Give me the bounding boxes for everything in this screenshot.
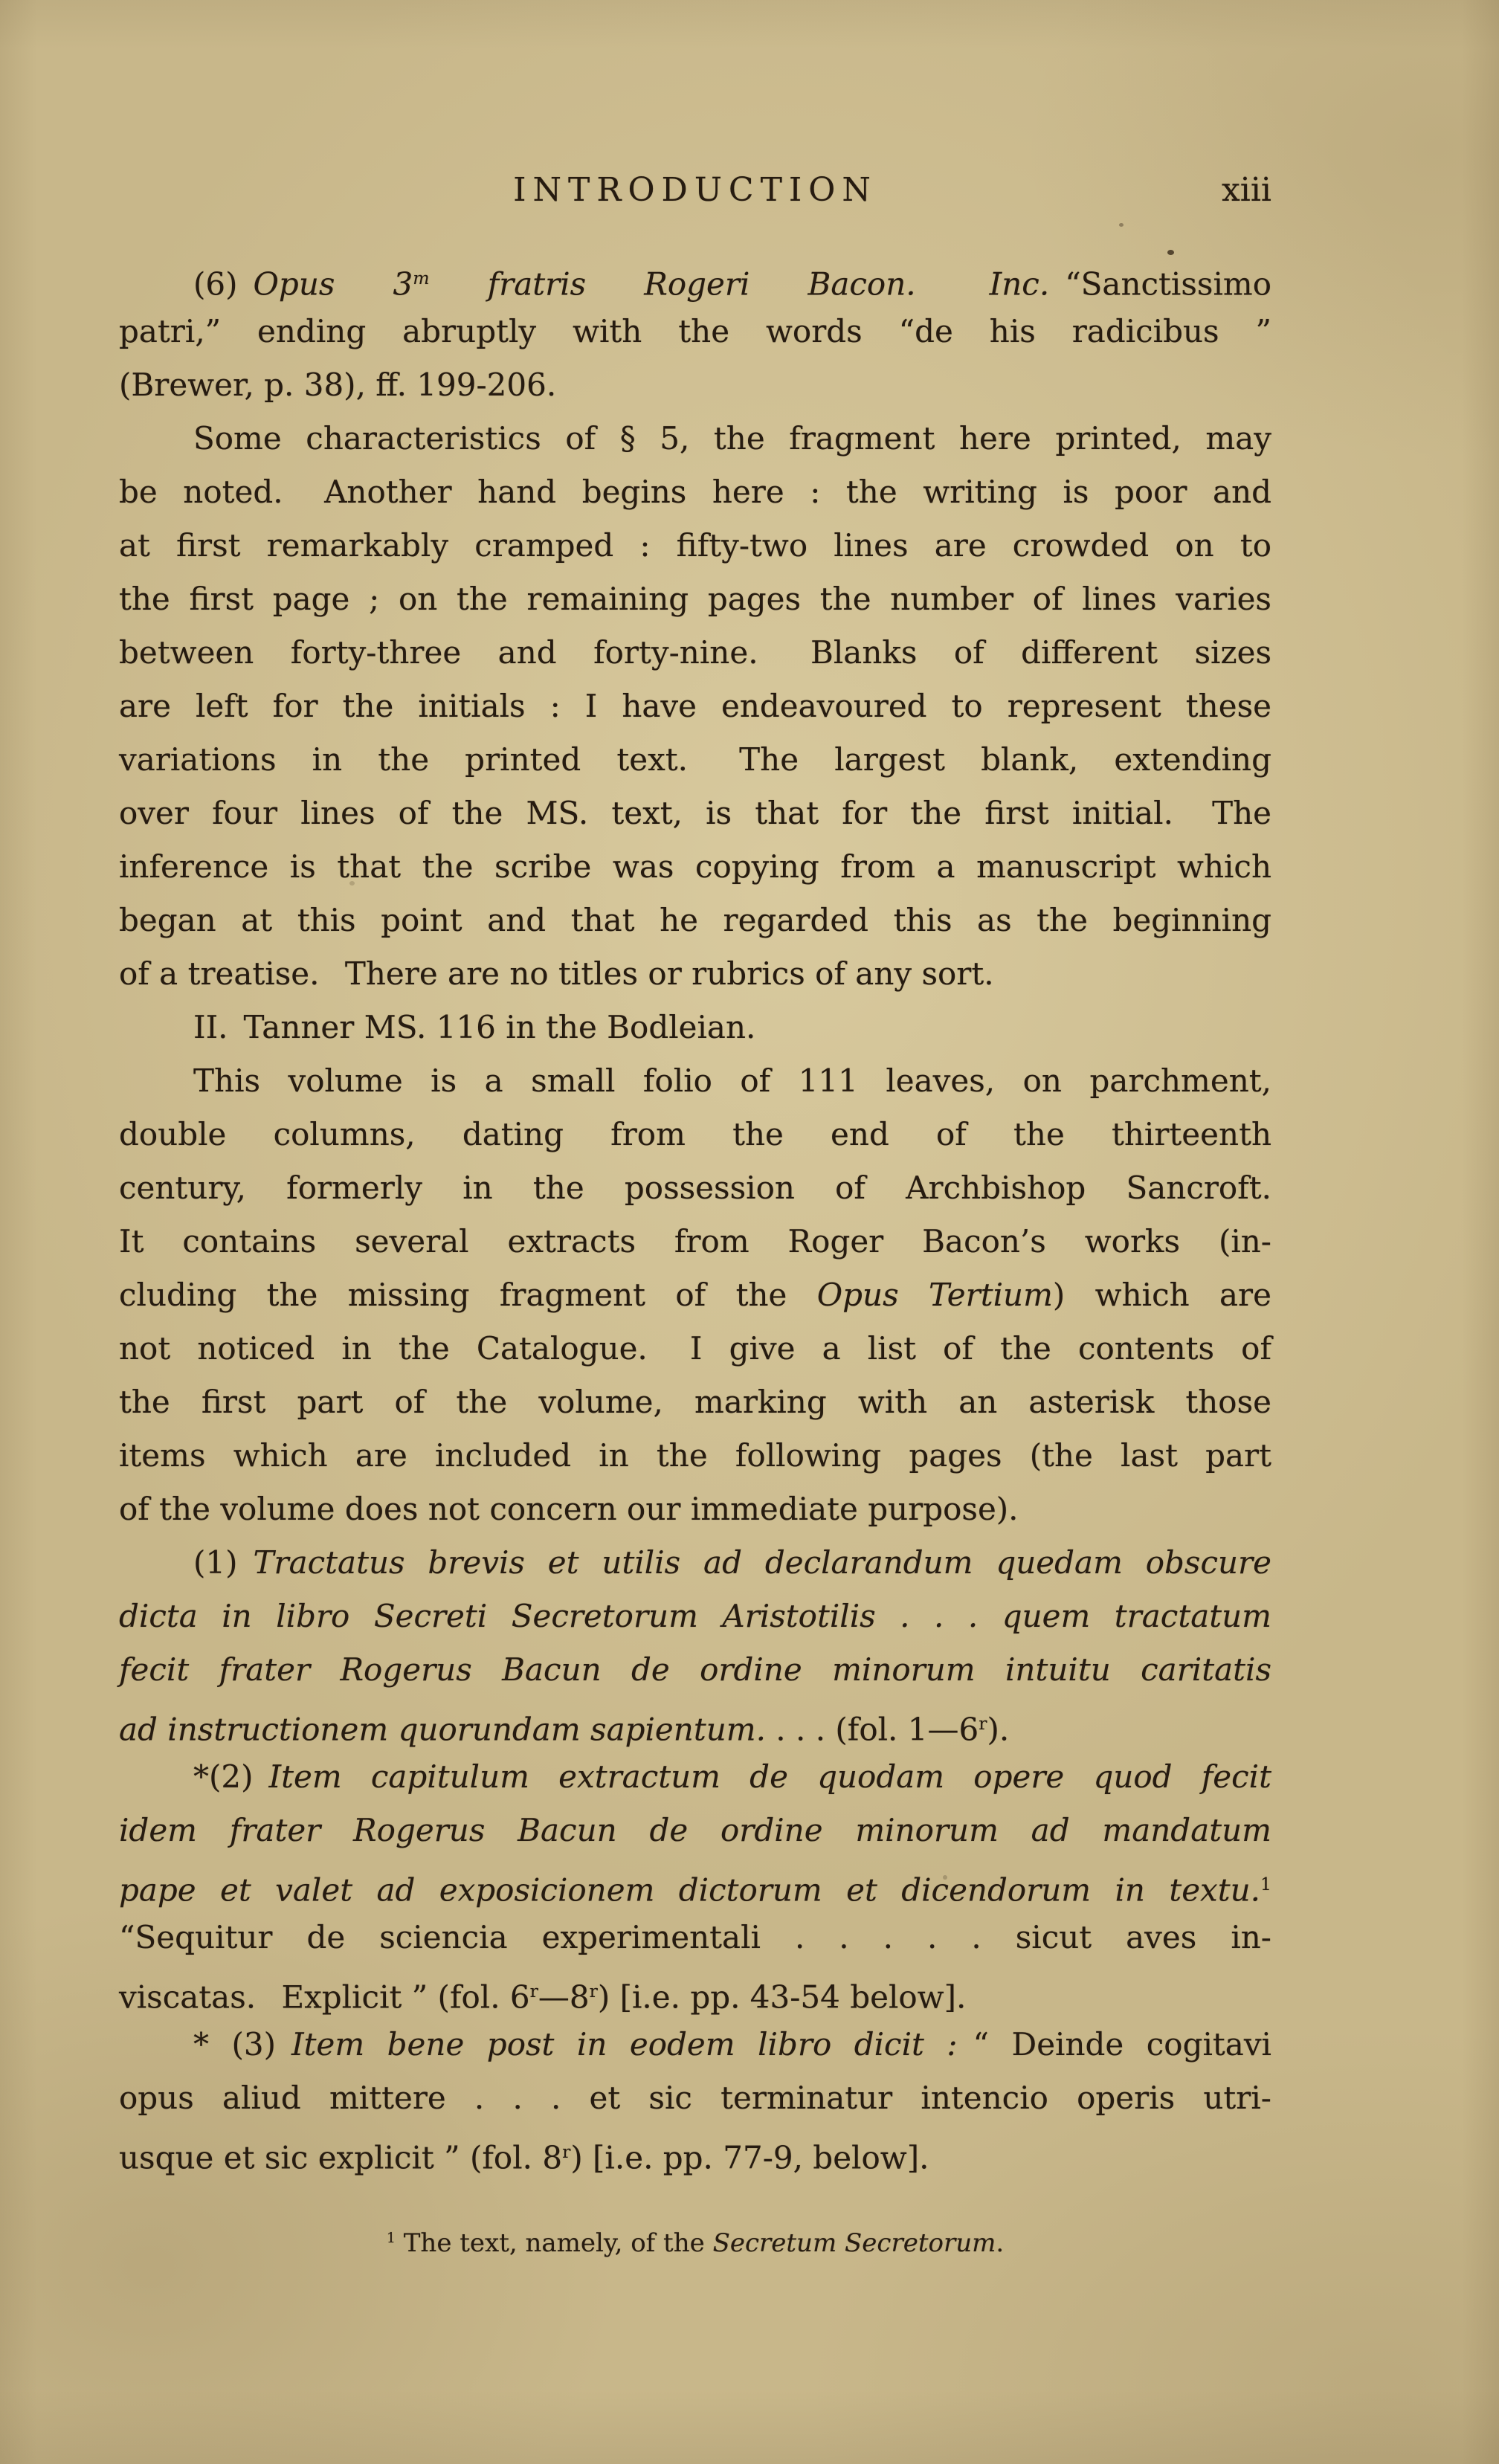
- text-line: * (3) Item bene post in eodem libro dici…: [119, 2018, 1271, 2071]
- paper-speck: [1119, 223, 1124, 227]
- text-line: *(2) Item capitulum extractum de quodam …: [119, 1750, 1271, 1804]
- text-segment: dicta in libro Secreti Secretorum Aristo…: [119, 1598, 1271, 1634]
- text-segment: (1): [193, 1544, 254, 1581]
- text-segment: fratris Rogeri Bacon. Inc.: [430, 266, 1050, 303]
- text-segment: between forty-three and forty-nine. Blan…: [119, 634, 1271, 671]
- text-segment: * (3): [193, 2026, 291, 2063]
- text-segment: Opus Tertium: [817, 1277, 1053, 1313]
- footnote: 1 The text, namely, of the Secretum Secr…: [119, 2220, 1271, 2256]
- text-line: not noticed in the Catalogue. I give a l…: [119, 1322, 1271, 1375]
- text-line: began at this point and that he regarded…: [119, 894, 1271, 947]
- page-header: INTRODUCTION xiii: [119, 171, 1271, 210]
- text-segment: opus aliud mittere . . . et sic terminat…: [119, 2080, 1271, 2116]
- text-segment: at first remarkably cramped : fifty-two …: [119, 527, 1271, 564]
- text-line: between forty-three and forty-nine. Blan…: [119, 626, 1271, 680]
- text-segment: ).: [987, 1712, 1009, 1748]
- text-line: inference is that the scribe was copying…: [119, 840, 1271, 894]
- text-segment: Opus 3: [254, 266, 413, 303]
- text-line: It contains several extracts from Roger …: [119, 1215, 1271, 1268]
- paper-speck: [349, 881, 355, 886]
- text-segment: This volume is a small folio of 111 leav…: [193, 1062, 1271, 1099]
- text-segment: 1: [1260, 1874, 1271, 1894]
- footnote-segment: 1: [387, 2230, 396, 2246]
- text-line: This volume is a small folio of 111 leav…: [119, 1054, 1271, 1108]
- text-line: century, formerly in the possession of A…: [119, 1161, 1271, 1215]
- text-segment: ad instructionem quorundam sapientum.: [119, 1712, 766, 1748]
- text-segment: are left for the initials : I have endea…: [119, 688, 1271, 724]
- text-segment: viscatas. Explicit ” (fol. 6: [119, 1979, 530, 2016]
- text-line: variations in the printed text. The larg…: [119, 733, 1271, 787]
- text-segment: century, formerly in the possession of A…: [119, 1170, 1271, 1206]
- text-line: the first page ; on the remaining pages …: [119, 573, 1271, 626]
- text-segment: idem frater Rogerus Bacun de ordine mino…: [119, 1812, 1271, 1848]
- text-line: opus aliud mittere . . . et sic terminat…: [119, 2071, 1271, 2125]
- text-line: at first remarkably cramped : fifty-two …: [119, 519, 1271, 573]
- text-segment: r: [530, 1981, 538, 2002]
- text-segment: cluding the missing fragment of the: [119, 1277, 817, 1313]
- text-line: of a treatise. There are no titles or ru…: [119, 947, 1271, 1001]
- text-line: fecit frater Rogerus Bacun de ordine min…: [119, 1643, 1271, 1697]
- text-segment: over four lines of the MS. text, is that…: [119, 795, 1271, 831]
- text-line: dicta in libro Secreti Secretorum Aristo…: [119, 1590, 1271, 1643]
- text-segment: of a treatise. There are no titles or ru…: [119, 955, 994, 992]
- text-segment: pape et valet ad exposicionem dictorum e…: [119, 1872, 1260, 1909]
- text-line: pape et valet ad exposicionem dictorum e…: [119, 1857, 1271, 1911]
- text-segment: “Sequitur de sciencia experimentali . . …: [119, 1919, 1271, 1955]
- paper-speck: [943, 1875, 947, 1880]
- text-line: (Brewer, p. 38), ff. 199-206.: [119, 358, 1271, 412]
- text-line: cluding the missing fragment of the Opus…: [119, 1268, 1271, 1322]
- text-line: idem frater Rogerus Bacun de ordine mino…: [119, 1804, 1271, 1857]
- text-segment: items which are included in the followin…: [119, 1437, 1271, 1474]
- text-line: be noted. Another hand begins here : the…: [119, 465, 1271, 519]
- text-segment: (Brewer, p. 38), ff. 199-206.: [119, 367, 556, 403]
- paper-speck: [1167, 250, 1174, 255]
- text-segment: . . . (fol. 1—6: [766, 1712, 979, 1748]
- text-line: of the volume does not concern our immed…: [119, 1483, 1271, 1536]
- text-block: (6) Opus 3m fratris Rogeri Bacon. Inc. “…: [119, 251, 1271, 2178]
- text-segment: began at this point and that he regarded…: [119, 902, 1271, 938]
- text-segment: m: [413, 268, 429, 288]
- text-line: patri,” ending abruptly with the words “…: [119, 305, 1271, 358]
- text-segment: ) [i.e. pp. 77-9, below].: [570, 2140, 929, 2176]
- book-page: INTRODUCTION xiii (6) Opus 3m fratris Ro…: [0, 0, 1499, 2464]
- text-line: the first part of the volume, marking wi…: [119, 1375, 1271, 1429]
- text-segment: inference is that the scribe was copying…: [119, 848, 1271, 885]
- text-segment: patri,” ending abruptly with the words “…: [119, 313, 1271, 349]
- text-segment: double columns, dating from the end of t…: [119, 1116, 1271, 1152]
- text-segment: ) [i.e. pp. 43-54 below].: [598, 1979, 967, 2016]
- text-segment: be noted. Another hand begins here : the…: [119, 474, 1271, 510]
- text-segment: r: [590, 1981, 598, 2002]
- text-segment: the first page ; on the remaining pages …: [119, 581, 1271, 617]
- text-segment: r: [979, 1713, 987, 1734]
- text-line: (6) Opus 3m fratris Rogeri Bacon. Inc. “…: [119, 251, 1271, 305]
- text-line: usque et sic explicit ” (fol. 8r) [i.e. …: [119, 2125, 1271, 2178]
- text-line: are left for the initials : I have endea…: [119, 680, 1271, 733]
- text-segment: ) which are: [1053, 1277, 1271, 1313]
- text-segment: II. Tanner MS. 116 in the Bodleian.: [193, 1009, 755, 1045]
- text-segment: Tractatus brevis et utilis ad declarandu…: [254, 1544, 1272, 1581]
- text-line: double columns, dating from the end of t…: [119, 1108, 1271, 1161]
- text-segment: (6): [193, 266, 254, 303]
- text-segment: Item capitulum extractum de quodam opere…: [269, 1758, 1272, 1795]
- text-line: II. Tanner MS. 116 in the Bodleian.: [119, 1001, 1271, 1054]
- text-segment: r: [562, 2141, 570, 2162]
- text-line: over four lines of the MS. text, is that…: [119, 787, 1271, 840]
- page-title: INTRODUCTION: [119, 171, 1271, 210]
- footnote-segment: .: [996, 2228, 1004, 2258]
- text-segment: It contains several extracts from Roger …: [119, 1223, 1271, 1260]
- text-segment: not noticed in the Catalogue. I give a l…: [119, 1330, 1271, 1367]
- text-line: ad instructionem quorundam sapientum. . …: [119, 1697, 1271, 1750]
- text-segment: “Sanctissimo: [1049, 266, 1271, 303]
- text-segment: —8: [538, 1979, 590, 2016]
- text-line: “Sequitur de sciencia experimentali . . …: [119, 1911, 1271, 1964]
- text-segment: usque et sic explicit ” (fol. 8: [119, 2140, 562, 2176]
- text-segment: of the volume does not concern our immed…: [119, 1491, 1019, 1527]
- text-segment: the first part of the volume, marking wi…: [119, 1384, 1271, 1420]
- text-segment: fecit frater Rogerus Bacun de ordine min…: [119, 1651, 1271, 1688]
- footnote-segment: The text, namely, of the: [396, 2228, 713, 2258]
- text-segment: Item bene post in eodem libro dicit :: [291, 2026, 958, 2063]
- text-segment: Some characteristics of § 5, the fragmen…: [193, 420, 1271, 457]
- text-line: (1) Tractatus brevis et utilis ad declar…: [119, 1536, 1271, 1590]
- text-line: viscatas. Explicit ” (fol. 6r—8r) [i.e. …: [119, 1964, 1271, 2018]
- text-segment: variations in the printed text. The larg…: [119, 741, 1271, 778]
- text-segment: *(2): [193, 1758, 269, 1795]
- text-line: items which are included in the followin…: [119, 1429, 1271, 1483]
- text-line: Some characteristics of § 5, the fragmen…: [119, 412, 1271, 465]
- text-segment: “ Deinde cogitavi: [958, 2026, 1271, 2063]
- page-number: xiii: [1222, 171, 1271, 210]
- footnote-segment: Secretum Secretorum: [713, 2228, 996, 2258]
